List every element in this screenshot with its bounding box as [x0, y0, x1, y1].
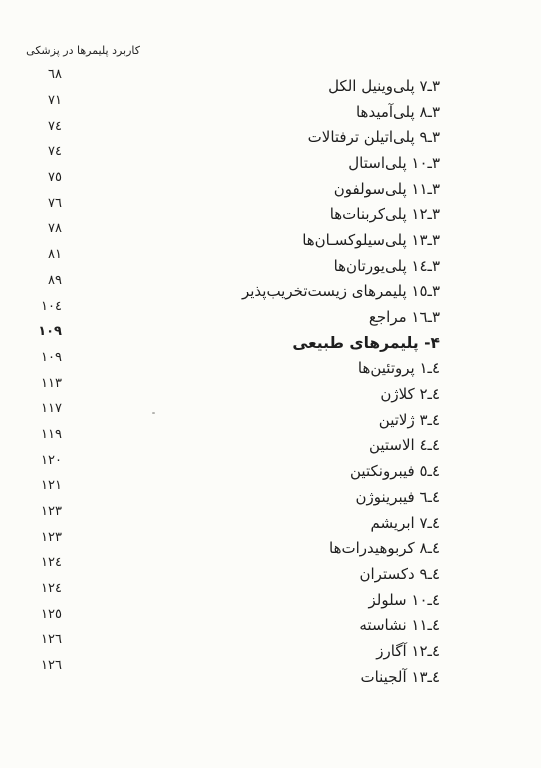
toc-row: ٣ـ١٤ پلی‌یورتان‌ها٨١: [24, 253, 440, 279]
toc-row: ٤ـ١١ نشاسته١٢٥: [24, 612, 440, 638]
toc-entry-page: ١١٧: [24, 401, 62, 416]
toc-entry-page: ٧١: [24, 93, 62, 108]
toc-entry-title: ٣ـ١٦ مراجع: [369, 308, 440, 326]
toc-row: ٣ـ٧ پلی‌وینیل الکل٦٨: [24, 73, 440, 99]
toc-row: ٣ـ٨ پلی‌آمیدها٧١: [24, 99, 440, 125]
toc-entry-page: ١٢٦: [24, 632, 62, 647]
toc-row: ٤ـ٩ دکستران١٢٤: [24, 561, 440, 587]
toc-entry-page: ٦٨: [24, 67, 62, 82]
toc-row: ٤ـ١٢ آگارز١٢٦: [24, 638, 440, 664]
toc-entry-title: ٣ـ٧ پلی‌وینیل الکل: [328, 77, 440, 95]
toc-entry-page: ١٠٩: [24, 324, 62, 339]
toc-row: ٣ـ٩ پلی‌اتیلن ترفتالات٧٤: [24, 124, 440, 150]
toc-entry-title: ٤ـ١ پروتئین‌ها: [358, 359, 440, 377]
toc-entry-page: ٨١: [24, 247, 62, 262]
toc-entry-title: ٤ـ٦ فیبرینوژن: [355, 488, 440, 506]
toc-entry-title: ٤ـ١٣ آلجینات: [360, 668, 440, 686]
book-toc-page: کاربرد پلیمرها در پزشکی ٣ـ٧ پلی‌وینیل ال…: [0, 0, 541, 768]
toc-row: ٤ـ٤ الاستین١١٩: [24, 433, 440, 459]
toc-entry-page: ١٢٠: [24, 453, 62, 468]
toc-row: ٣ـ١١ پلی‌سولفون٧٥: [24, 176, 440, 202]
toc-entry-title: ٣ـ١٠ پلی‌استال: [348, 154, 440, 172]
toc-entry-page: ١١٩: [24, 427, 62, 442]
toc-entry-title: ٤ـ٧ ابریشم: [371, 514, 440, 532]
toc-entry-page: ٧٤: [24, 119, 62, 134]
toc-entry-title: ٣ـ٩ پلی‌اتیلن ترفتالات: [308, 128, 440, 146]
toc-entry-page: ٨٩: [24, 273, 62, 288]
toc-entry-title: ٤ـ٥ فیبرونکتین: [350, 462, 440, 480]
toc-entry-page: ١٢٣: [24, 504, 62, 519]
toc-entry-title: ٣ـ١١ پلی‌سولفون: [334, 180, 440, 198]
toc-row: ۴- پلیمرهای طبیعی١٠٩: [24, 330, 440, 356]
toc-row: ٤ـ٣ ژلاتین١١٧: [24, 407, 440, 433]
toc-entry-title: ٤ـ٣ ژلاتین: [379, 411, 440, 429]
toc-entry-page: ١٢٦: [24, 658, 62, 673]
toc-entry-page: ١٠٩: [24, 350, 62, 365]
toc-entry-page: ١٢٥: [24, 607, 62, 622]
toc-entry-page: ١٢٤: [24, 581, 62, 596]
toc-entry-page: ٧٨: [24, 221, 62, 236]
toc-entry-title: ٤ـ٢ کلاژن: [380, 385, 440, 403]
toc-row: ٤ـ١٠ سلولز١٢٤: [24, 587, 440, 613]
running-header: کاربرد پلیمرها در پزشکی: [26, 44, 140, 57]
toc-row: ٤ـ١ پروتئین‌ها١٠٩: [24, 356, 440, 382]
toc-row: ٣ـ١٦ مراجع١٠٤: [24, 304, 440, 330]
toc-row: ٣ـ١٠ پلی‌استال٧٤: [24, 150, 440, 176]
toc-row: ٤ـ٢ کلاژن١١٣: [24, 381, 440, 407]
toc-row: ٤ـ١٣ آلجینات١٢٦: [24, 664, 440, 690]
toc-entry-title: ٣ـ١٢ پلی‌کربنات‌ها: [330, 205, 440, 223]
toc-entry-page: ١١٣: [24, 376, 62, 391]
toc-row: ٤ـ٨ کربوهیدرات‌ها١٢٣: [24, 535, 440, 561]
toc-entry-title: ۴- پلیمرهای طبیعی: [292, 334, 440, 352]
toc-entry-title: ٤ـ٩ دکستران: [360, 565, 441, 583]
toc-entry-page: ٧٤: [24, 144, 62, 159]
scan-speck: [152, 412, 155, 414]
toc-entry-page: ١٠٤: [24, 299, 62, 314]
toc-entry-page: ١٢١: [24, 478, 62, 493]
toc-entry-title: ٤ـ١١ نشاسته: [359, 616, 440, 634]
toc-row: ٤ـ٧ ابریشم١٢٣: [24, 510, 440, 536]
toc-entry-page: ٧٥: [24, 170, 62, 185]
toc-row: ٣ـ١٥ پلیمرهای زیست‌تخریب‌پذیر٨٩: [24, 279, 440, 305]
toc-entry-title: ٣ـ١٤ پلی‌یورتان‌ها: [334, 257, 440, 275]
toc-row: ٣ـ١٣ پلی‌سیلوکسـان‌ها٧٨: [24, 227, 440, 253]
toc-entry-title: ٤ـ٤ الاستین: [369, 436, 440, 454]
toc-entry-title: ٣ـ١٣ پلی‌سیلوکسـان‌ها: [302, 231, 440, 249]
toc-entry-title: ٣ـ٨ پلی‌آمیدها: [356, 103, 440, 121]
toc-entry-page: ١٢٤: [24, 555, 62, 570]
toc-entry-title: ٤ـ٨ کربوهیدرات‌ها: [329, 539, 440, 557]
toc-entry-page: ٧٦: [24, 196, 62, 211]
toc-list: ٣ـ٧ پلی‌وینیل الکل٦٨٣ـ٨ پلی‌آمیدها٧١٣ـ٩ …: [24, 73, 440, 690]
toc-row: ٤ـ٥ فیبرونکتین١٢٠: [24, 458, 440, 484]
toc-row: ٣ـ١٢ پلی‌کربنات‌ها٧٦: [24, 201, 440, 227]
toc-entry-title: ٤ـ١٢ آگارز: [376, 642, 440, 660]
toc-entry-title: ٤ـ١٠ سلولز: [369, 591, 441, 609]
toc-entry-page: ١٢٣: [24, 530, 62, 545]
toc-row: ٤ـ٦ فیبرینوژن١٢١: [24, 484, 440, 510]
toc-entry-title: ٣ـ١٥ پلیمرهای زیست‌تخریب‌پذیر: [242, 282, 440, 300]
